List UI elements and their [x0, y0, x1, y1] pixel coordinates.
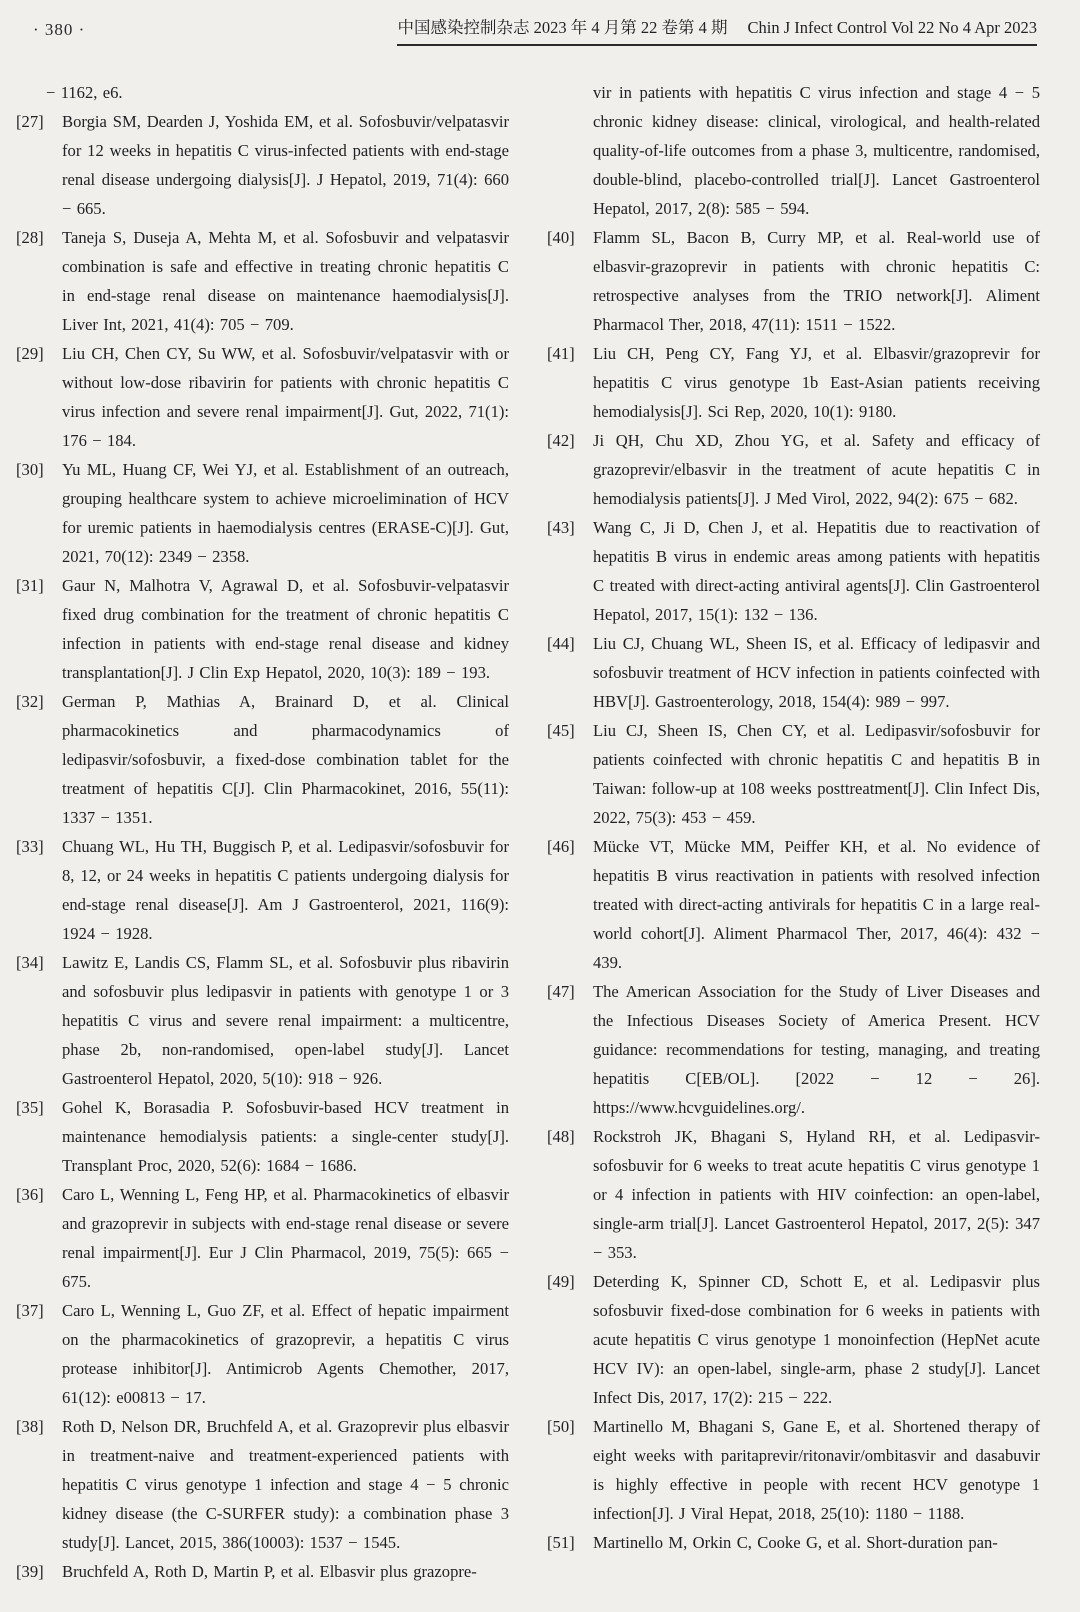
- reference-number: [51]: [547, 1528, 593, 1557]
- reference-entry: [31]Gaur N, Malhotra V, Agrawal D, et al…: [16, 571, 509, 687]
- reference-number: [40]: [547, 223, 593, 252]
- reference-number: [30]: [16, 455, 62, 484]
- reference-text: Gohel K, Borasadia P. Sofosbuvir-based H…: [62, 1098, 509, 1175]
- reference-text: Wang C, Ji D, Chen J, et al. Hepatitis d…: [593, 518, 1040, 624]
- reference-text: vir in patients with hepatitis C virus i…: [593, 83, 1040, 218]
- reference-entry: [46]Mücke VT, Mücke MM, Peiffer KH, et a…: [547, 832, 1040, 977]
- reference-number: [36]: [16, 1180, 62, 1209]
- reference-text: Bruchfeld A, Roth D, Martin P, et al. El…: [62, 1562, 477, 1581]
- reference-text: Liu CJ, Sheen IS, Chen CY, et al. Ledipa…: [593, 721, 1040, 827]
- reference-text: Ji QH, Chu XD, Zhou YG, et al. Safety an…: [593, 431, 1040, 508]
- reference-entry: [42]Ji QH, Chu XD, Zhou YG, et al. Safet…: [547, 426, 1040, 513]
- reference-entry: [27]Borgia SM, Dearden J, Yoshida EM, et…: [16, 107, 509, 223]
- reference-number: [42]: [547, 426, 593, 455]
- reference-text: Martinello M, Orkin C, Cooke G, et al. S…: [593, 1533, 998, 1552]
- references-left-column: − 1162, e6.[27]Borgia SM, Dearden J, Yos…: [16, 78, 509, 1586]
- reference-text: Lawitz E, Landis CS, Flamm SL, et al. So…: [62, 953, 509, 1088]
- reference-text: Rockstroh JK, Bhagani S, Hyland RH, et a…: [593, 1127, 1040, 1262]
- reference-number: [34]: [16, 948, 62, 977]
- reference-entry: [30]Yu ML, Huang CF, Wei YJ, et al. Esta…: [16, 455, 509, 571]
- reference-entry: [45]Liu CJ, Sheen IS, Chen CY, et al. Le…: [547, 716, 1040, 832]
- reference-entry: [29]Liu CH, Chen CY, Su WW, et al. Sofos…: [16, 339, 509, 455]
- reference-number: [46]: [547, 832, 593, 861]
- journal-title-english: Chin J Infect Control Vol 22 No 4 Apr 20…: [747, 18, 1037, 37]
- reference-number: [41]: [547, 339, 593, 368]
- reference-entry: [36]Caro L, Wenning L, Feng HP, et al. P…: [16, 1180, 509, 1296]
- reference-number: [29]: [16, 339, 62, 368]
- reference-number: [49]: [547, 1267, 593, 1296]
- reference-entry: [34]Lawitz E, Landis CS, Flamm SL, et al…: [16, 948, 509, 1093]
- reference-entry: [37]Caro L, Wenning L, Guo ZF, et al. Ef…: [16, 1296, 509, 1412]
- reference-entry: [43]Wang C, Ji D, Chen J, et al. Hepatit…: [547, 513, 1040, 629]
- reference-text: Flamm SL, Bacon B, Curry MP, et al. Real…: [593, 228, 1040, 334]
- reference-entry: [38]Roth D, Nelson DR, Bruchfeld A, et a…: [16, 1412, 509, 1557]
- reference-text: Martinello M, Bhagani S, Gane E, et al. …: [593, 1417, 1040, 1523]
- reference-text: − 1162, e6.: [46, 83, 123, 102]
- reference-number: [43]: [547, 513, 593, 542]
- reference-entry: [51]Martinello M, Orkin C, Cooke G, et a…: [547, 1528, 1040, 1557]
- reference-text: Borgia SM, Dearden J, Yoshida EM, et al.…: [62, 112, 509, 218]
- reference-text: The American Association for the Study o…: [593, 982, 1040, 1117]
- reference-entry: [41]Liu CH, Peng CY, Fang YJ, et al. Elb…: [547, 339, 1040, 426]
- reference-text: Caro L, Wenning L, Feng HP, et al. Pharm…: [62, 1185, 509, 1291]
- reference-number: [32]: [16, 687, 62, 716]
- reference-text: German P, Mathias A, Brainard D, et al. …: [62, 692, 509, 827]
- reference-text: Caro L, Wenning L, Guo ZF, et al. Effect…: [62, 1301, 509, 1407]
- reference-text: Taneja S, Duseja A, Mehta M, et al. Sofo…: [62, 228, 509, 334]
- reference-entry: [35]Gohel K, Borasadia P. Sofosbuvir-bas…: [16, 1093, 509, 1180]
- reference-number: [47]: [547, 977, 593, 1006]
- reference-entry: [49]Deterding K, Spinner CD, Schott E, e…: [547, 1267, 1040, 1412]
- reference-entry: [33]Chuang WL, Hu TH, Buggisch P, et al.…: [16, 832, 509, 948]
- reference-entry: [32]German P, Mathias A, Brainard D, et …: [16, 687, 509, 832]
- reference-entry: − 1162, e6.: [16, 78, 509, 107]
- reference-text: Deterding K, Spinner CD, Schott E, et al…: [593, 1272, 1040, 1407]
- reference-number: [50]: [547, 1412, 593, 1441]
- reference-entry: [48]Rockstroh JK, Bhagani S, Hyland RH, …: [547, 1122, 1040, 1267]
- reference-text: Chuang WL, Hu TH, Buggisch P, et al. Led…: [62, 837, 509, 943]
- reference-number: [27]: [16, 107, 62, 136]
- references-section: − 1162, e6.[27]Borgia SM, Dearden J, Yos…: [16, 78, 1040, 1586]
- reference-number: [31]: [16, 571, 62, 600]
- page-number: · 380 ·: [33, 20, 85, 46]
- reference-number: [37]: [16, 1296, 62, 1325]
- reference-number: [28]: [16, 223, 62, 252]
- references-right-column: vir in patients with hepatitis C virus i…: [547, 78, 1040, 1586]
- reference-text: Gaur N, Malhotra V, Agrawal D, et al. So…: [62, 576, 509, 682]
- reference-text: Liu CH, Peng CY, Fang YJ, et al. Elbasvi…: [593, 344, 1040, 421]
- journal-title-chinese: 中国感染控制杂志 2023 年 4 月第 22 卷第 4 期: [397, 18, 727, 37]
- reference-text: Yu ML, Huang CF, Wei YJ, et al. Establis…: [62, 460, 509, 566]
- reference-entry: [39]Bruchfeld A, Roth D, Martin P, et al…: [16, 1557, 509, 1586]
- page-header: · 380 · 中国感染控制杂志 2023 年 4 月第 22 卷第 4 期Ch…: [33, 14, 1037, 46]
- reference-text: Roth D, Nelson DR, Bruchfeld A, et al. G…: [62, 1417, 509, 1552]
- reference-text: Liu CJ, Chuang WL, Sheen IS, et al. Effi…: [593, 634, 1040, 711]
- reference-entry: [47]The American Association for the Stu…: [547, 977, 1040, 1122]
- reference-number: [45]: [547, 716, 593, 745]
- reference-number: [35]: [16, 1093, 62, 1122]
- journal-title: 中国感染控制杂志 2023 年 4 月第 22 卷第 4 期Chin J Inf…: [397, 14, 1037, 46]
- reference-entry: vir in patients with hepatitis C virus i…: [547, 78, 1040, 223]
- reference-entry: [40]Flamm SL, Bacon B, Curry MP, et al. …: [547, 223, 1040, 339]
- reference-text: Mücke VT, Mücke MM, Peiffer KH, et al. N…: [593, 837, 1040, 972]
- reference-entry: [44]Liu CJ, Chuang WL, Sheen IS, et al. …: [547, 629, 1040, 716]
- reference-number: [44]: [547, 629, 593, 658]
- reference-entry: [50]Martinello M, Bhagani S, Gane E, et …: [547, 1412, 1040, 1528]
- reference-number: [48]: [547, 1122, 593, 1151]
- reference-entry: [28]Taneja S, Duseja A, Mehta M, et al. …: [16, 223, 509, 339]
- reference-number: [33]: [16, 832, 62, 861]
- reference-number: [38]: [16, 1412, 62, 1441]
- journal-page: · 380 · 中国感染控制杂志 2023 年 4 月第 22 卷第 4 期Ch…: [0, 0, 1080, 1612]
- reference-number: [39]: [16, 1557, 62, 1586]
- reference-text: Liu CH, Chen CY, Su WW, et al. Sofosbuvi…: [62, 344, 509, 450]
